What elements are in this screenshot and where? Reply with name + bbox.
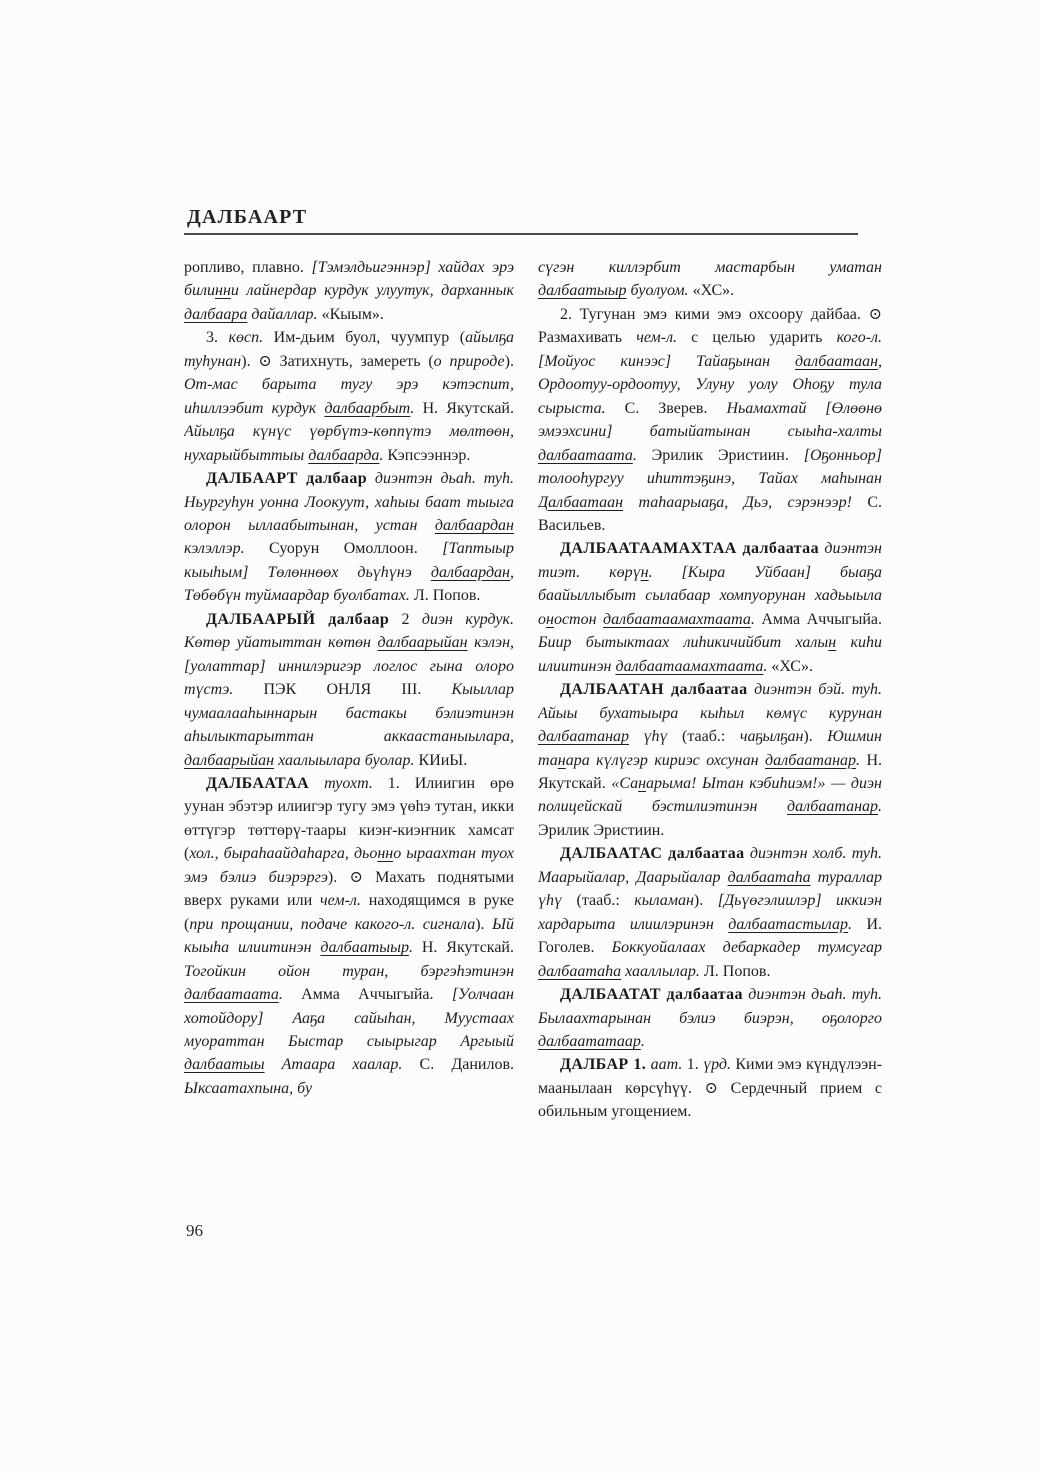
entry-paragraph: ДАЛБААРТ далбаар диэнтэн дьаһ. туһ. Ньур…: [184, 467, 514, 608]
entry-paragraph: 2. Тугунан эмэ кими эмэ охсоору дайбаа. …: [538, 303, 882, 538]
entry-paragraph: ДАЛБААТАН далбаатаа диэнтэн бэй. туһ. Ай…: [538, 678, 882, 842]
entry-paragraph: ДАЛБААРЫЙ далбаар 2 диэн курдук. Көтөр у…: [184, 608, 514, 772]
header-rule: [184, 233, 858, 235]
entry-paragraph: 3. көсп. Им-дьим буол, чуумпур (айылҕа т…: [184, 326, 514, 467]
right-column: сүгэн киллэрбит мастарбын уматан далбаат…: [538, 256, 882, 1220]
entry-paragraph: ропливо, плавно. [Тэмэлдьигэннэр] хайдах…: [184, 256, 514, 326]
entry-paragraph: сүгэн киллэрбит мастарбын уматан далбаат…: [538, 256, 882, 303]
dictionary-page: ДАЛБААРТ ропливо, плавно. [Тэмэлдьигэннэ…: [0, 0, 1040, 1473]
entry-paragraph: ДАЛБАР 1. аат. 1. үрд. Кими эмэ күндүлээ…: [538, 1053, 882, 1123]
left-column: ропливо, плавно. [Тэмэлдьигэннэр] хайдах…: [184, 256, 514, 1220]
entry-paragraph: ДАЛБААТАА туохт. 1. Илиигин өрө уунан эб…: [184, 772, 514, 1100]
entry-paragraph: ДАЛБААТААМАХТАА далбаатаа диэнтэн тиэт. …: [538, 537, 882, 678]
entry-paragraph: ДАЛБААТАС далбаатаа диэнтэн холб. туһ. М…: [538, 842, 882, 983]
entry-paragraph: ДАЛБААТАТ далбаатаа диэнтэн дьаһ. туһ. Б…: [538, 983, 882, 1053]
page-number: 96: [186, 1221, 203, 1241]
running-head: ДАЛБААРТ: [187, 206, 307, 229]
text-columns: ропливо, плавно. [Тэмэлдьигэннэр] хайдах…: [184, 256, 882, 1220]
